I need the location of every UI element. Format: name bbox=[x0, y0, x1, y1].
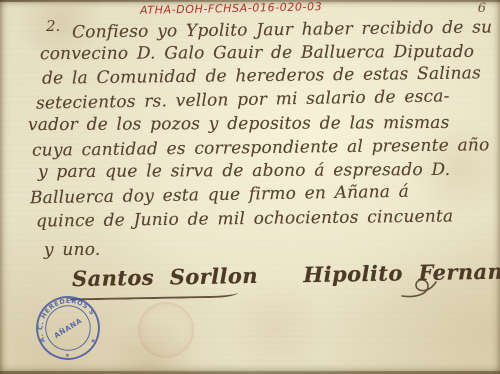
faded-stamp-impression bbox=[138, 302, 194, 358]
manuscript-line: y uno. bbox=[44, 240, 101, 260]
manuscript-page: ATHA-DOH-FCHSA-016-020-03 6 2. Confieso … bbox=[0, 0, 500, 374]
signature-name-left: Santos Sorllon bbox=[72, 263, 258, 291]
stamp-rim-text: A. C. HEREDEROS SALINAS bbox=[34, 294, 97, 350]
manuscript-line: cuya cantidad es correspondiente al pres… bbox=[32, 135, 490, 161]
manuscript-line: setecientos rs. vellon por mi salario de… bbox=[36, 86, 450, 113]
community-stamp: A. C. HEREDEROS SALINAS AÑANA ✦ ✦ bbox=[34, 294, 102, 362]
manuscript-line: quince de Junio de mil ochocientos cincu… bbox=[36, 206, 454, 231]
manuscript-line: Balluerca doy esta que firmo en Añana á bbox=[30, 182, 409, 209]
svg-text:A. C. HEREDEROS SALINAS: A. C. HEREDEROS SALINAS bbox=[34, 294, 97, 350]
stamp-center-text: AÑANA bbox=[52, 316, 83, 340]
page-number: 6 bbox=[478, 1, 486, 16]
manuscript-line: y para que le sirva de abono á espresado… bbox=[38, 160, 450, 182]
signature-flourish-icon bbox=[398, 268, 438, 306]
margin-item-number: 2. bbox=[46, 17, 60, 35]
manuscript-line: convecino D. Galo Gauir de Balluerca Dip… bbox=[40, 42, 474, 64]
manuscript-line: vador de los pozos y depositos de las mi… bbox=[28, 113, 450, 135]
manuscript-line: de la Comunidad de herederos de estas Sa… bbox=[42, 63, 481, 88]
archival-reference-code: ATHA-DOH-FCHSA-016-020-03 bbox=[140, 0, 322, 17]
manuscript-line: Confieso yo Ypolito Jaur haber recibido … bbox=[72, 17, 492, 42]
